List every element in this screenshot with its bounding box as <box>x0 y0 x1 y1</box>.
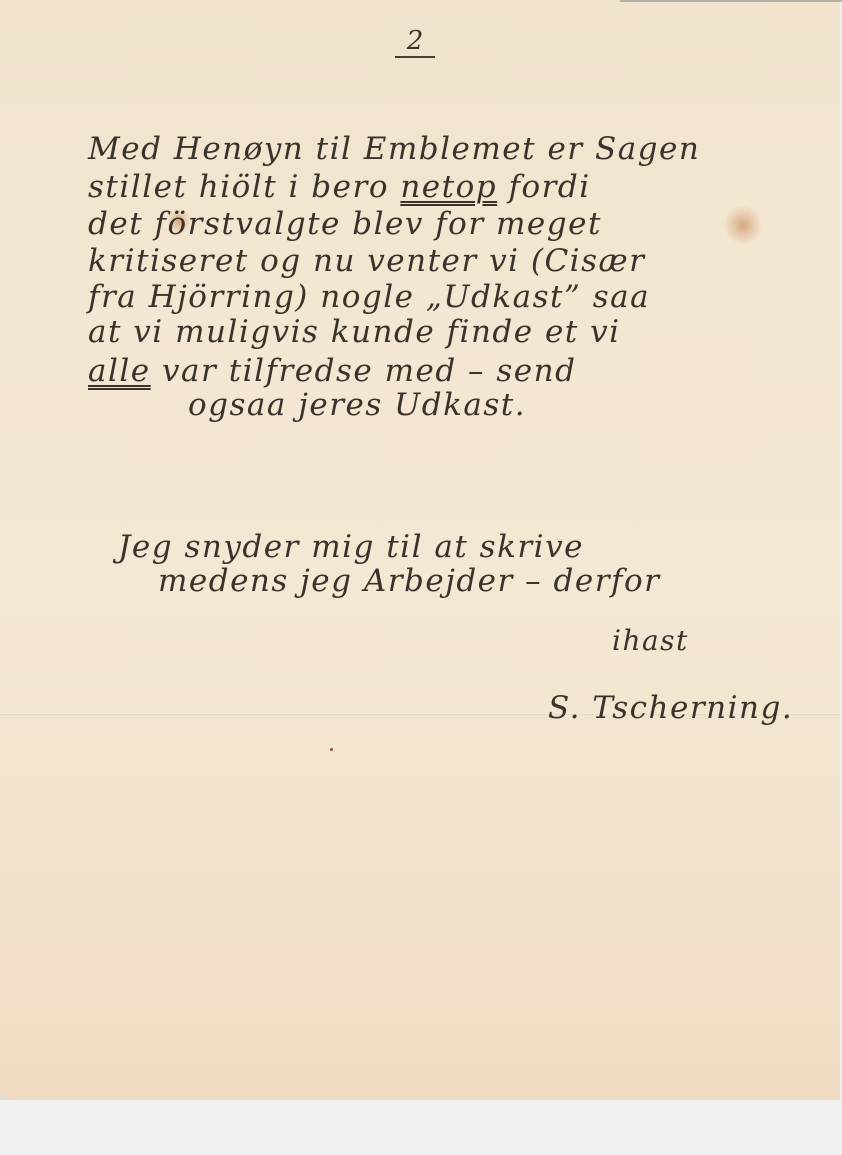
text-segment: at vi muligvis kunde finde et vi <box>88 314 621 350</box>
text-segment: kritiseret og nu venter vi (Cisær <box>88 243 645 279</box>
text-line: alle var tilfredse med – send <box>88 354 576 388</box>
text-segment: Jeg snyder mig til at skrive <box>118 529 584 565</box>
text-line: stillet hiölt i bero netop fordi <box>88 170 591 204</box>
text-segment: Med Henøyn til Emblemet er Sagen <box>88 131 700 167</box>
text-line: Med Henøyn til Emblemet er Sagen <box>88 132 700 166</box>
underlined-word: netop <box>400 169 497 205</box>
text-line: fra Hjörring) nogle „Udkast” saa <box>88 280 650 314</box>
text-line: ogsaa jeres Udkast. <box>188 388 526 422</box>
text-line: kritiseret og nu venter vi (Cisær <box>88 244 645 278</box>
scanner-bed-margin <box>0 1100 842 1155</box>
text-line: at vi muligvis kunde finde et vi <box>88 315 621 349</box>
text-line: Jeg snyder mig til at skrive <box>118 530 584 564</box>
text-segment: ogsaa jeres Udkast. <box>188 387 526 423</box>
closing: ihast <box>612 624 689 657</box>
underlined-word: alle <box>88 353 151 389</box>
text-line: medens jeg Arbejder – derfor <box>158 564 661 598</box>
text-line: det förstvalgte blev for meget <box>88 207 602 241</box>
text-segment: fordi <box>497 169 591 205</box>
text-segment: fra Hjörring) nogle „Udkast” saa <box>88 279 650 315</box>
text-segment: var tilfredse med – send <box>151 353 577 389</box>
text-segment: medens jeg Arbejder – derfor <box>158 563 661 599</box>
paper-speck <box>330 748 333 751</box>
paper-top-edge <box>620 0 842 2</box>
page-number: 2 <box>395 28 435 58</box>
ink-stain <box>725 205 761 245</box>
letter-page: 2 Med Henøyn til Emblemet er Sagen still… <box>0 0 840 1100</box>
text-segment: det förstvalgte blev for meget <box>88 206 602 242</box>
text-segment: stillet hiölt i bero <box>88 169 400 205</box>
signature: S. Tscherning. <box>548 690 793 726</box>
